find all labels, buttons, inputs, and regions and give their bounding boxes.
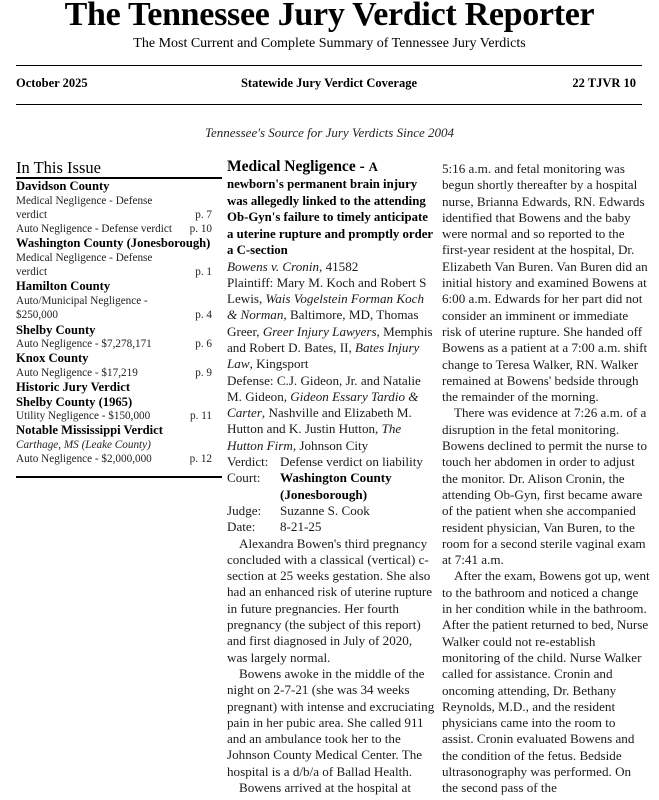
toc-page-number: p. 7 [195, 208, 212, 222]
issue-bar-divider [16, 104, 642, 105]
toc-page-number: p. 6 [195, 337, 212, 351]
toc-entry[interactable]: Auto Negligence - $17,219 p. 9 [16, 366, 222, 380]
in-this-issue-toc: In This Issue Davidson County Medical Ne… [16, 158, 222, 478]
body-paragraph: There was evidence at 7:26 a.m. of a dis… [442, 405, 650, 568]
tagline: Tennessee's Source for Jury Verdicts Sin… [0, 125, 659, 141]
toc-end-divider [16, 476, 222, 478]
publication-title: The Tennessee Jury Verdict Reporter [0, 0, 659, 34]
publication-subtitle: The Most Current and Complete Summary of… [0, 36, 659, 52]
case-caption: Bowens v. Cronin, 41582 [227, 259, 435, 275]
article-headline: Medical Negligence - A newborn's permane… [227, 158, 435, 259]
toc-county: Shelby County [16, 323, 222, 338]
judge-row: Judge: Suzanne S. Cook [227, 503, 435, 519]
toc-page-number: p. 11 [190, 409, 212, 423]
toc-page-number: p. 10 [190, 222, 212, 236]
toc-county: Washington County (Jonesborough) [16, 236, 222, 251]
toc-county: Shelby County (1965) [16, 395, 222, 410]
date-row: Date: 8-21-25 [227, 519, 435, 535]
toc-location: Carthage, MS (Leake County) [16, 438, 222, 452]
toc-county: Hamilton County [16, 279, 222, 294]
coverage-label: Statewide Jury Verdict Coverage [16, 76, 642, 91]
toc-entry[interactable]: Medical Negligence - Defense verdict p. … [16, 194, 222, 223]
defense-counsel: Defense: C.J. Gideon, Jr. and Natalie M.… [227, 373, 435, 454]
header-divider [16, 65, 642, 66]
verdict-row: Verdict: Defense verdict on liability [227, 454, 435, 470]
court-row: Court: Washington County (Jonesborough) [227, 470, 435, 503]
date-value: 8-21-25 [280, 519, 435, 535]
body-paragraph: 5:16 a.m. and fetal monitoring was begun… [442, 161, 650, 405]
article-column-1: Medical Negligence - A newborn's permane… [227, 158, 435, 796]
toc-county: Knox County [16, 351, 222, 366]
plaintiff-counsel: Plaintiff: Mary M. Koch and Robert S Lew… [227, 275, 435, 373]
toc-section-heading: Notable Mississippi Verdict [16, 423, 222, 438]
toc-entry[interactable]: Auto Negligence - $2,000,000 p. 12 [16, 452, 222, 466]
body-paragraph: Bowens awoke in the middle of the night … [227, 666, 435, 780]
issue-bar: Statewide Jury Verdict Coverage October … [16, 76, 642, 92]
body-paragraph: Alexandra Bowen's third pregnancy conclu… [227, 536, 435, 666]
body-paragraph: Bowens arrived at the hospital at [227, 780, 435, 796]
toc-page-number: p. 1 [195, 265, 212, 279]
toc-page-number: p. 12 [190, 452, 212, 466]
court-value: Washington County (Jonesborough) [280, 470, 435, 503]
toc-page-number: p. 4 [195, 308, 212, 322]
case-name: Bowens v. Cronin, [227, 259, 322, 274]
toc-county: Davidson County [16, 179, 222, 194]
issue-date: October 2025 [16, 76, 88, 91]
verdict-value: Defense verdict on liability [280, 454, 435, 470]
toc-page-number: p. 9 [195, 366, 212, 380]
article-category: Medical Negligence - [227, 158, 369, 175]
toc-section-heading: Historic Jury Verdict [16, 380, 222, 395]
toc-entry[interactable]: Auto Negligence - $7,278,171 p. 6 [16, 337, 222, 351]
toc-entry[interactable]: Auto Negligence - Defense verdict p. 10 [16, 222, 222, 236]
body-paragraph: After the exam, Bowens got up, went to t… [442, 568, 650, 796]
toc-entry[interactable]: Medical Negligence - Defense verdict p. … [16, 251, 222, 280]
case-number: 41582 [322, 259, 358, 274]
toc-entry[interactable]: Auto/Municipal Negligence - $250,000 p. … [16, 294, 222, 323]
toc-entry[interactable]: Utility Negligence - $150,000 p. 11 [16, 409, 222, 423]
issue-citation: 22 TJVR 10 [572, 76, 636, 91]
article-column-2: 5:16 a.m. and fetal monitoring was begun… [442, 161, 650, 797]
toc-heading: In This Issue [16, 158, 222, 179]
judge-value: Suzanne S. Cook [280, 503, 435, 519]
article-headline-text: newborn's permanent brain injury was all… [227, 177, 433, 257]
